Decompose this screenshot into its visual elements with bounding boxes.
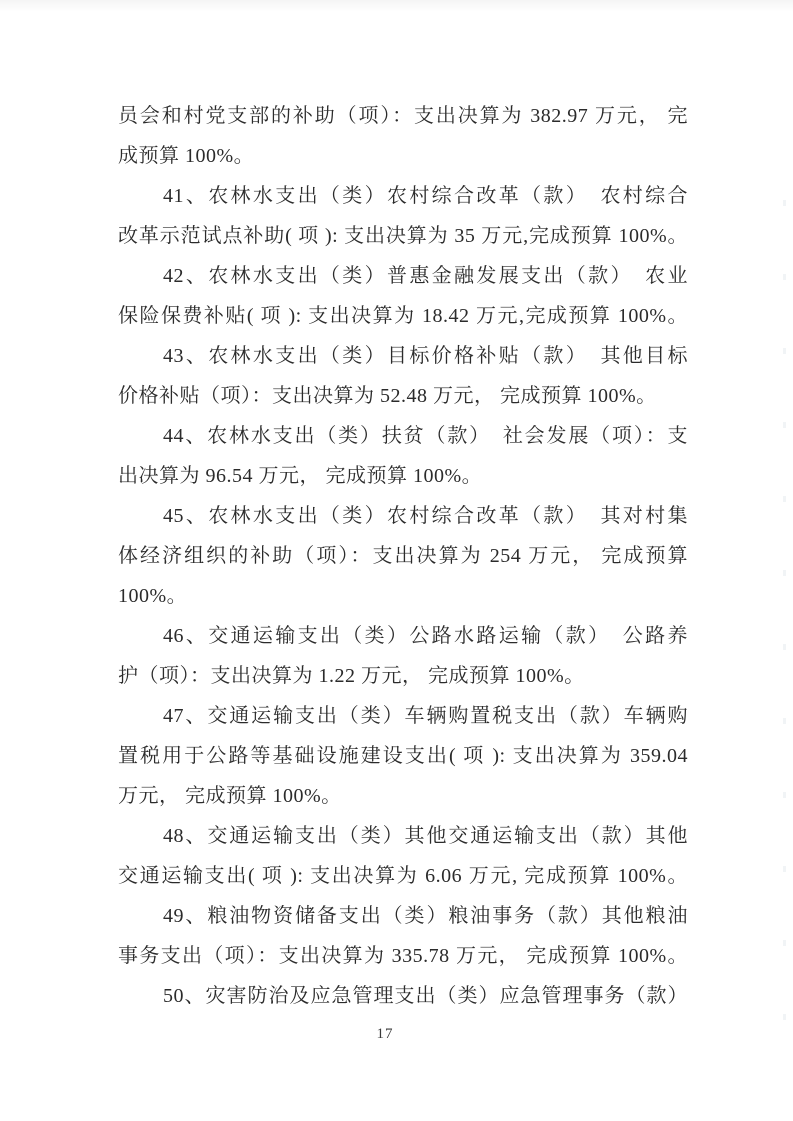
text-line: 事务支出（项）：支出决算为 335.78 万元， 完成预算 100%。 (118, 936, 688, 976)
text-line: 50、灾害防治及应急管理支出（类）应急管理事务（款） (118, 976, 688, 1016)
text-line: 置税用于公路等基础设施建设支出( 项 ): 支出决算为 359.04 (118, 736, 688, 776)
text-line: 价格补贴（项）：支出决算为 52.48 万元， 完成预算 100%。 (118, 376, 688, 416)
text-line: 48、交通运输支出（类）其他交通运输支出（款）其他 (118, 816, 688, 856)
text-line: 43、农林水支出（类）目标价格补贴（款） 其他目标 (118, 336, 688, 376)
page-number: 17 (0, 1024, 770, 1044)
text-line: 42、农林水支出（类）普惠金融发展支出（款） 农业 (118, 256, 688, 296)
text-line: 49、粮油物资储备支出（类）粮油事务（款）其他粮油 (118, 896, 688, 936)
text-line: 体经济组织的补助（项）：支出决算为 254 万元， 完成预算 (118, 536, 688, 576)
text-line: 成预算 100%。 (118, 136, 688, 176)
text-line: 44、农林水支出（类）扶贫（款） 社会发展（项）：支 (118, 416, 688, 456)
text-line: 100%。 (118, 576, 688, 616)
text-line: 保险保费补贴( 项 ): 支出决算为 18.42 万元,完成预算 100%。 (118, 296, 688, 336)
scan-right-edge-artifacts (783, 200, 786, 1040)
text-line: 改革示范试点补助( 项 ): 支出决算为 35 万元,完成预算 100%。 (118, 216, 688, 256)
scan-top-edge-shading (0, 0, 793, 12)
text-line: 出决算为 96.54 万元， 完成预算 100%。 (118, 456, 688, 496)
text-line: 交通运输支出( 项 ): 支出决算为 6.06 万元, 完成预算 100%。 (118, 856, 688, 896)
text-line: 46、交通运输支出（类）公路水路运输（款） 公路养 (118, 616, 688, 656)
text-line: 护（项）：支出决算为 1.22 万元， 完成预算 100%。 (118, 656, 688, 696)
text-line: 41、农林水支出（类）农村综合改革（款） 农村综合 (118, 176, 688, 216)
text-line: 45、农林水支出（类）农村综合改革（款） 其对村集 (118, 496, 688, 536)
text-line: 员会和村党支部的补助（项）：支出决算为 382.97 万元， 完 (118, 96, 688, 136)
document-body-text: 员会和村党支部的补助（项）：支出决算为 382.97 万元， 完成预算 100%… (118, 96, 688, 1016)
text-line: 47、交通运输支出（类）车辆购置税支出（款）车辆购 (118, 696, 688, 736)
text-line: 万元， 完成预算 100%。 (118, 776, 688, 816)
document-page: { "document": { "page_number": "17", "te… (0, 0, 793, 1121)
